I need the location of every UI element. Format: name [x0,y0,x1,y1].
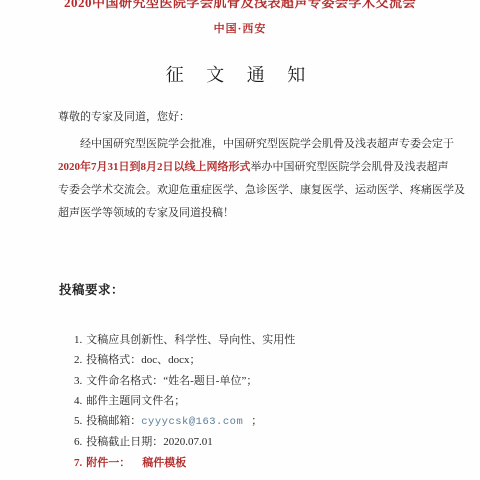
paragraph-line-2: 2020年7月31日到8月2日以线上网络形式举办中国研究型医院学会肌骨及浅表超声 [58,156,440,179]
paragraph-line-1: 经中国研究型医院学会批准，中国研究型医院学会肌骨及浅表超声专委会定于 [58,133,440,156]
list-item-1: 1.文稿应具创新性、科学性、导向性、实用性 [74,330,450,350]
item-text: 文件命名格式：“姓名-题目-单位”； [86,375,257,387]
item-number: 4. [74,395,82,407]
item-text-suffix: ； [251,415,262,427]
list-item-7-attachment: 7.附件一：稿件模板 [74,453,450,473]
requirements-list: 1.文稿应具创新性、科学性、导向性、实用性 2.投稿格式：doc、docx； 3… [74,330,450,473]
item-number: 1. [74,334,82,346]
list-item-4: 4.邮件主题同文件名； [74,391,450,411]
item-number: 6. [74,436,82,448]
item-number: 2. [74,354,82,366]
paragraph-line-3: 专委会学术交流会。欢迎危重症医学、急诊医学、康复医学、运动医学、疼痛医学及 [58,179,440,202]
document-page: 2020中国研究型医院学会肌骨及浅表超声专委会学术交流会 中国·西安 征 文 通… [0,0,480,480]
list-item-3: 3.文件命名格式：“姓名-题目-单位”； [74,371,450,391]
list-item-2: 2.投稿格式：doc、docx； [74,350,450,370]
item-text: 文稿应具创新性、科学性、导向性、实用性 [86,334,295,346]
event-date-highlight: 2020年7月31日到8月2日以线上网络形式 [58,161,251,173]
submission-email-link[interactable]: cyyycsk@163.com [141,416,243,428]
conference-location: 中国·西安 [0,20,480,36]
body-text-block: 尊敬的专家及同道，您好： 经中国研究型医院学会批准，中国研究型医院学会肌骨及浅表… [58,106,440,225]
paragraph-line-4: 超声医学等领域的专家及同道投稿！ [58,202,440,225]
item-text: 投稿邮箱： [86,415,141,427]
item-text: 邮件主题同文件名； [86,395,185,407]
item-number: 5. [74,415,82,427]
item-text: 投稿截止日期：2020.07.01 [86,436,213,448]
attachment-template-text: 稿件模板 [142,457,186,469]
item-number: 3. [74,375,82,387]
paragraph-line-2-rest: 举办中国研究型医院学会肌骨及浅表超声 [251,161,449,173]
conference-title: 2020中国研究型医院学会肌骨及浅表超声专委会学术交流会 [0,0,480,11]
notice-title: 征 文 通 知 [0,61,480,87]
item-number: 7. [74,457,82,469]
item-text: 投稿格式：doc、docx； [86,354,200,366]
attachment-label: 附件一： [86,457,130,469]
greeting-line: 尊敬的专家及同道，您好： [58,106,440,129]
list-item-6: 6.投稿截止日期：2020.07.01 [74,432,450,452]
requirements-heading: 投稿要求： [59,280,124,298]
list-item-5: 5.投稿邮箱：cyyycsk@163.com； [74,411,450,432]
